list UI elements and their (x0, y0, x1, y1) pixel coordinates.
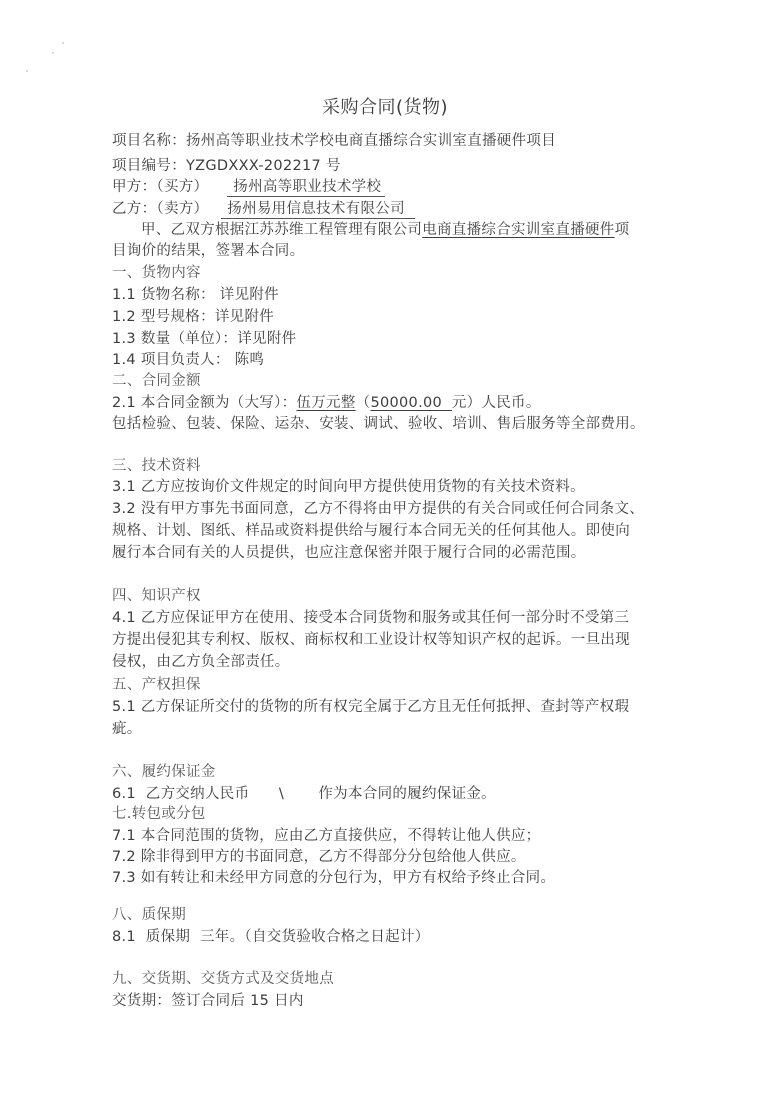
section-1-heading: 一、货物内容 (112, 263, 201, 283)
section-1-item: 1.2 型号规格：详见附件 (112, 307, 274, 327)
document-title: 采购合同(货物) (0, 93, 770, 119)
scan-speck (62, 42, 64, 44)
section-5-line: 疵。 (112, 719, 142, 739)
section-3-line: 履行本合同有关的人员提供，也应注意保密并限于履行合同的必需范围。 (112, 543, 586, 563)
section-4-line: 方提出侵犯其专利权、版权、商标权和工业设计权等知识产权的起诉。一旦出现 (112, 630, 630, 650)
section-3-line: 3.2 没有甲方事先书面同意，乙方不得将由甲方提供的有关合同或任何合同条文、 (112, 499, 644, 519)
project-no: YZGDXXX-202217 号 (186, 158, 341, 174)
intro-text-end: 项 (615, 222, 630, 238)
section-9-heading: 九、交货期、交货方式及交货地点 (112, 969, 334, 989)
section-3-line: 3.1 乙方应按询价文件规定的时间向甲方提供使用货物的有关技术资料。 (112, 477, 585, 497)
section-8-line: 8.1 质保期 三年。（自交货验收合格之日起计） (112, 927, 430, 947)
section-5-line: 5.1 乙方保证所交付的货物的所有权完全属于乙方且无任何抵押、查封等产权瑕 (112, 697, 629, 717)
party-a-label: 甲方：（买方） (112, 179, 208, 195)
section-3-line: 规格、计划、图纸、样品或资料提供给与履行本合同无关的任何其他人。即使向 (112, 521, 630, 541)
project-name-label: 项目名称： (112, 133, 186, 149)
section-7-line: 7.3 如有转让和未经甲方同意的分包行为，甲方有权给予终止合同。 (112, 868, 555, 888)
section-7-line: 7.2 除非得到甲方的书面同意，乙方不得部分分包给他人供应。 (112, 847, 526, 867)
party-b-line: 乙方：（卖方） 扬州易用信息技术有限公司 (112, 199, 415, 219)
section-3-heading: 三、技术资料 (112, 456, 201, 476)
amount-includes: 包括检验、包装、保险、运杂、安装、调试、验收、培训、售后服务等全部费用。 (112, 414, 645, 434)
scan-speck (26, 70, 28, 72)
contract-amount-line: 2.1 本合同金额为（大写）：伍万元整（50000.00 元）人民币。 (112, 393, 541, 413)
amount-paren: （ (356, 395, 371, 411)
section-5-heading: 五、产权担保 (112, 675, 201, 695)
amount-words: 伍万元整 (296, 395, 355, 411)
project-no-label: 项目编号： (112, 158, 186, 174)
section-7-line: 7.1 本合同范围的货物，应由乙方直接供应，不得转让他人供应； (112, 826, 540, 846)
intro-line-2: 目询价的结果，签署本合同。 (112, 241, 304, 261)
project-no-line: 项目编号：YZGDXXX-202217 号 (112, 156, 341, 176)
party-b-name: 扬州易用信息技术有限公司 (221, 200, 415, 219)
section-1-item: 1.4 项目负责人： 陈鸣 (112, 350, 264, 370)
section-6-line: 6.1 乙方交纳人民币 \ 作为本合同的履约保证金。 (112, 784, 496, 804)
section-6-heading: 六、履约保证金 (112, 762, 216, 782)
amount-currency: 元）人民币。 (452, 395, 541, 411)
intro-line-1: 甲、乙双方根据江苏苏维工程管理有限公司电商直播综合实训室直播硬件项 (141, 220, 629, 240)
scan-speck (52, 52, 54, 54)
section-4-line: 4.1 乙方应保证甲方在使用、接受本合同货物和服务或其任何一部分时不受第三 (112, 608, 629, 628)
section-8-heading: 八、质保期 (112, 905, 186, 925)
project-name: 扬州高等职业技术学校电商直播综合实训室直播硬件项目 (186, 133, 556, 149)
amount-number: 50000.00 (370, 395, 451, 411)
party-b-label: 乙方：（卖方） (112, 201, 208, 217)
party-a-line: 甲方：（买方） 扬州高等职业技术学校 (112, 177, 385, 197)
intro-underlined-project: 电商直播综合实训室直播硬件 (422, 222, 614, 238)
section-7-heading: 七.转包或分包 (112, 804, 206, 824)
section-4-heading: 四、知识产权 (112, 586, 201, 606)
section-4-line: 侵权，由乙方负全部责任。 (112, 652, 290, 672)
project-name-line: 项目名称：扬州高等职业技术学校电商直播综合实训室直播硬件项目 (112, 131, 556, 151)
contract-page: 采购合同(货物) 项目名称：扬州高等职业技术学校电商直播综合实训室直播硬件项目 … (0, 0, 770, 1098)
section-9-line: 交货期：签订合同后 15 日内 (112, 991, 304, 1011)
amount-label: 2.1 本合同金额为（大写）： (112, 395, 296, 411)
section-1-item: 1.3 数量（单位）：详见附件 (112, 329, 296, 349)
party-a-name: 扬州高等职业技术学校 (227, 178, 385, 197)
section-1-item: 1.1 货物名称： 详见附件 (112, 285, 279, 305)
intro-text: 甲、乙双方根据江苏苏维工程管理有限公司 (141, 222, 422, 238)
section-2-heading: 二、合同金额 (112, 371, 201, 391)
